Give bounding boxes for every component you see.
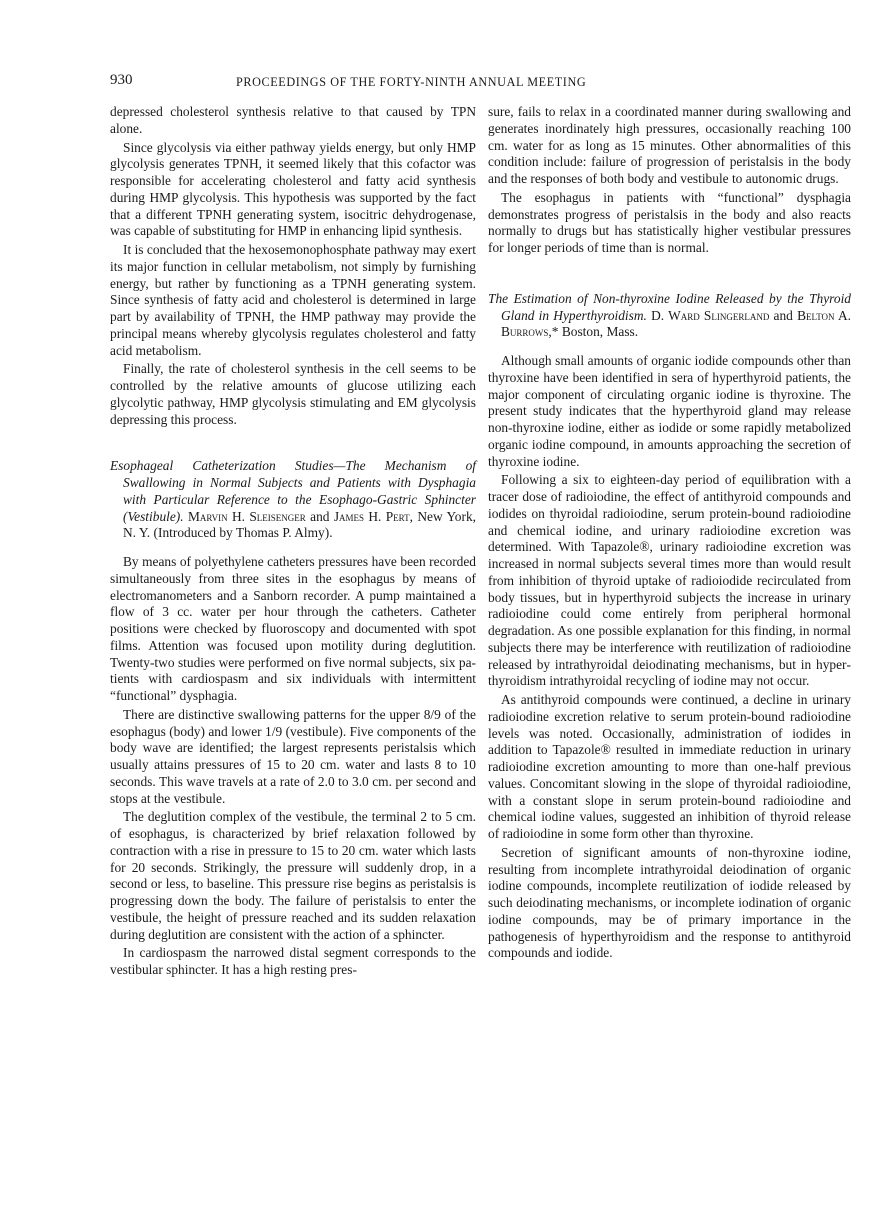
right-column: sure, fails to relax in a coordinated ma… xyxy=(488,104,851,964)
author-joiner: and xyxy=(310,509,329,524)
author-joiner: and xyxy=(774,308,793,323)
paragraph: In cardiospasm the narrowed distal segme… xyxy=(110,945,476,979)
paragraph: depressed cholesterol synthesis relative… xyxy=(110,104,476,138)
author: Marvin H. Sleisenger xyxy=(188,509,306,524)
article-heading: The Estimation of Non-thyroxine Iodine R… xyxy=(488,291,851,341)
paragraph: By means of polyethylene catheters press… xyxy=(110,554,476,705)
author: D. Ward Slinger­land xyxy=(651,308,769,323)
paragraph: It is concluded that the hexosemonophosp… xyxy=(110,242,476,359)
paragraph: sure, fails to relax in a coordinated ma… xyxy=(488,104,851,188)
paragraph: The deglutition complex of the vestibule… xyxy=(110,809,476,943)
paragraph: Although small amounts of organic iodide… xyxy=(488,353,851,470)
paragraph: Finally, the rate of cholesterol synthes… xyxy=(110,361,476,428)
paragraph: There are distinctive swallowing pattern… xyxy=(110,707,476,808)
article-heading: Esophageal Catheterization Studies—The M… xyxy=(110,458,476,542)
author-location: Boston, Mass. xyxy=(558,324,638,339)
running-head: PROCEEDINGS OF THE FORTY-NINTH ANNUAL ME… xyxy=(236,75,586,90)
author: James H. Pert xyxy=(334,509,410,524)
paragraph: The esophagus in patients with “function… xyxy=(488,190,851,257)
paragraph: Since glycolysis via either pathway yiel… xyxy=(110,140,476,241)
introduced-by-note: (Introduced by Thomas P. Almy). xyxy=(154,525,333,540)
paragraph: Following a six to eighteen-day period o… xyxy=(488,472,851,690)
left-column: depressed cholesterol synthesis relative… xyxy=(110,104,476,981)
page-number: 930 xyxy=(110,72,133,89)
paragraph: Secretion of significant amounts of non-… xyxy=(488,845,851,962)
paragraph: As antithyroid compounds were continued,… xyxy=(488,692,851,843)
